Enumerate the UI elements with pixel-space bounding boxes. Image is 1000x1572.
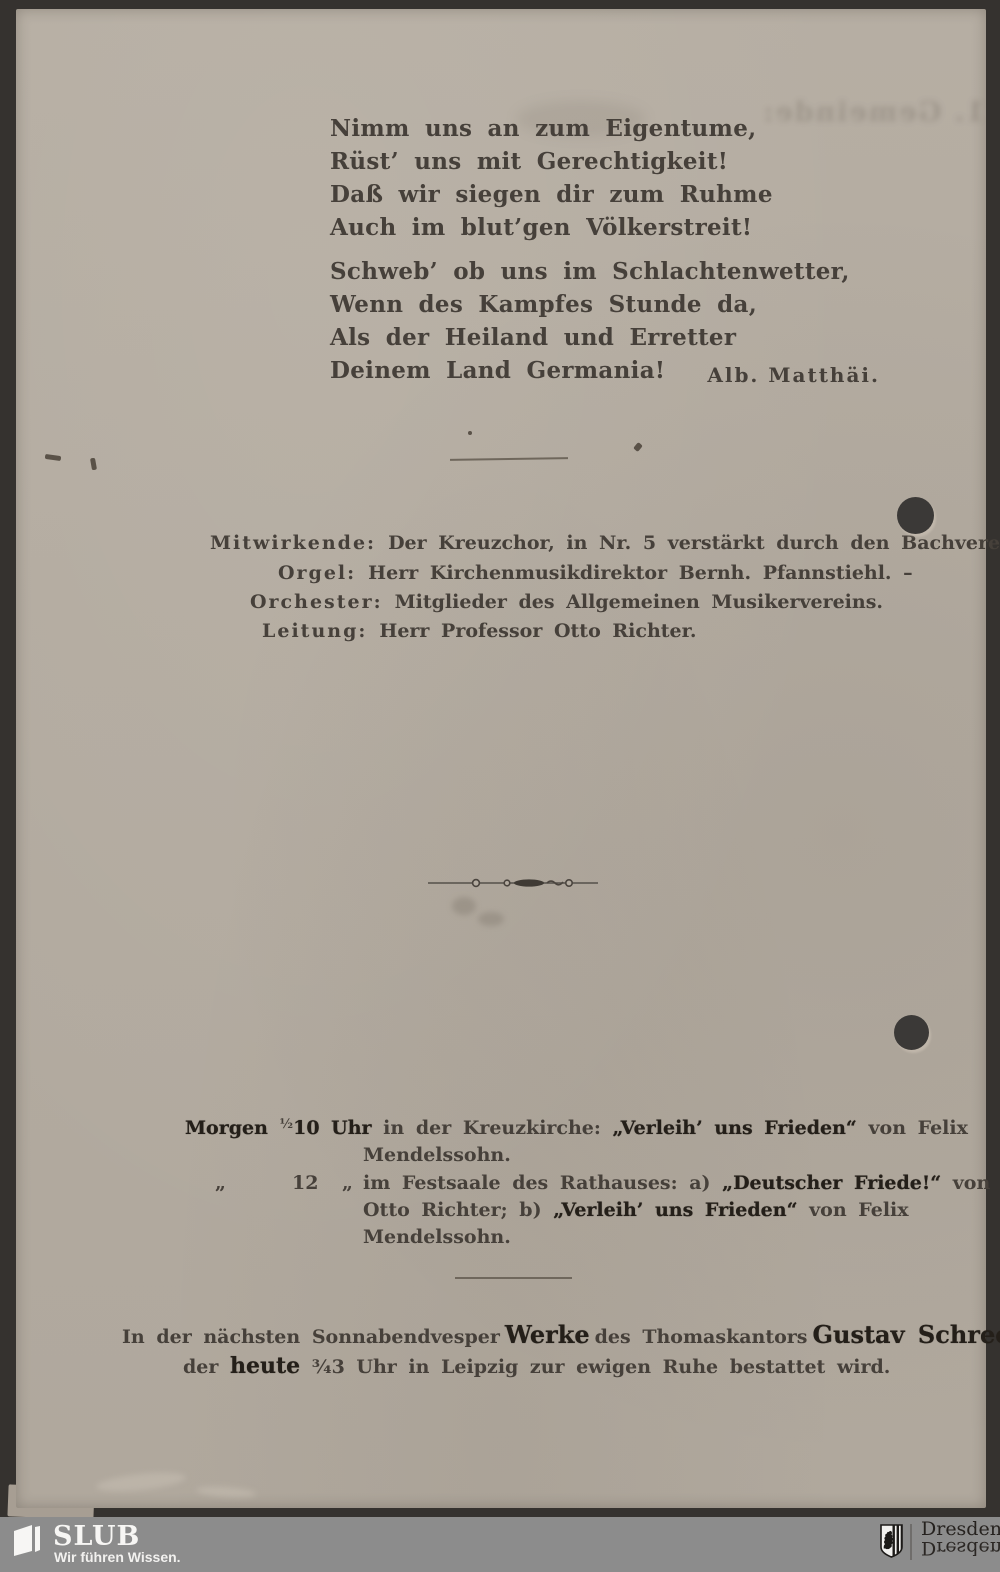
poem-line: Wenn des Kampfes Stunde da, xyxy=(330,288,850,321)
ditto-mark: „ xyxy=(215,1172,226,1194)
composer: von Felix xyxy=(809,1199,908,1221)
note-text: In der nächsten Sonnabendvesper xyxy=(122,1326,500,1348)
performers-label: Orchester: xyxy=(250,591,383,613)
schedule-time: 10 Uhr xyxy=(293,1117,383,1139)
composer: Otto Richter; b) xyxy=(363,1199,553,1221)
punch-hole xyxy=(894,1015,929,1050)
work-title: „Verleih’ uns Frieden“ xyxy=(613,1117,869,1139)
slub-logo-text: SLUB xyxy=(53,1521,140,1552)
composer: von xyxy=(953,1172,991,1194)
open-book-icon xyxy=(13,1524,41,1556)
footer-note-line-1: In der nächsten SonnabendvesperWerkedes … xyxy=(122,1320,1000,1349)
scanned-page: 1. Gemeinde: Nimm uns an zum Eigentume, … xyxy=(16,9,986,1508)
divider-rule xyxy=(450,457,568,461)
note-text: des Thomaskantors xyxy=(595,1326,808,1348)
work-title: „Verleih’ uns Frieden“ xyxy=(553,1199,809,1221)
performers-label: Orgel: xyxy=(278,562,356,584)
logo-divider xyxy=(910,1524,912,1560)
paper-scuff xyxy=(95,1469,186,1494)
paper-mark xyxy=(45,454,62,461)
schedule-place: in der Kreuzkirche: xyxy=(383,1117,612,1139)
performers-line: Orgel:Herr Kirchenmusikdirektor Bernh. P… xyxy=(278,562,913,584)
work-title: „Deutscher Friede!“ xyxy=(722,1172,953,1194)
performers-text: Herr Kirchenmusikdirektor Bernh. Pfannst… xyxy=(368,562,913,584)
schedule-line-1: Morgen ½10 Uhr in der Kreuzkirche: „Verl… xyxy=(185,1117,968,1139)
poem-stanza-1: Nimm uns an zum Eigentume, Rüst’ uns mit… xyxy=(330,112,773,244)
performers-line: Mitwirkende:Der Kreuzchor, in Nr. 5 vers… xyxy=(210,532,1000,554)
performers-label: Leitung: xyxy=(262,620,367,642)
poem-attribution: Alb. Matthäi. xyxy=(700,363,880,387)
divider-rule xyxy=(455,1277,572,1279)
poem-line: Auch im blut’gen Völkerstreit! xyxy=(330,211,773,244)
schedule-day: Morgen xyxy=(185,1117,280,1139)
footer-note-line-2: der heute ¾3 Uhr in Leipzig zur ewigen R… xyxy=(183,1353,890,1379)
viewer-screen: 1. Gemeinde: Nimm uns an zum Eigentume, … xyxy=(0,0,1000,1572)
poem-line: Nimm uns an zum Eigentume, xyxy=(330,112,773,145)
ditto-mark: „ xyxy=(342,1172,353,1194)
schedule-hour: 12 xyxy=(292,1172,318,1194)
paper-speck xyxy=(633,442,643,452)
time-fraction: ½ xyxy=(280,1117,294,1132)
paper-speck xyxy=(468,431,472,435)
poem-line: Als der Heiland und Erretter xyxy=(330,321,850,354)
schedule-line-5: Mendelssohn. xyxy=(363,1226,511,1248)
performers-line: Leitung:Herr Professor Otto Richter. xyxy=(262,620,697,642)
schedule-line-4: Otto Richter; b) „Verleih’ uns Frieden“ … xyxy=(363,1199,909,1221)
paper-scuff xyxy=(196,1485,257,1499)
ornament-divider xyxy=(428,875,598,891)
note-emphasis: Gustav Schreck, xyxy=(813,1320,1000,1349)
performers-text: Herr Professor Otto Richter. xyxy=(379,620,696,642)
paper-smudge xyxy=(478,912,504,926)
composer: von Felix xyxy=(868,1117,967,1139)
schedule-line-3: im Festsaale des Rathauses: a) „Deutsche… xyxy=(363,1172,990,1194)
paper-mark xyxy=(90,458,97,471)
poem-line: Schweb’ ob uns im Schlachtenwetter, xyxy=(330,255,850,288)
performers-text: Mitglieder des Allgemeinen Musikerverein… xyxy=(395,591,883,613)
poem-line: Daß wir siegen dir zum Ruhme xyxy=(330,178,773,211)
note-text: der xyxy=(183,1356,230,1378)
paper-smudge xyxy=(452,897,476,915)
note-text: ¾3 Uhr in Leipzig zur ewigen Ruhe bestat… xyxy=(300,1356,890,1378)
schedule-place: im Festsaale des Rathauses: a) xyxy=(363,1172,722,1194)
poem-line: Rüst’ uns mit Gerechtigkeit! xyxy=(330,145,773,178)
performers-line: Orchester:Mitglieder des Allgemeinen Mus… xyxy=(250,591,883,613)
performers-text: Der Kreuzchor, in Nr. 5 verstärkt durch … xyxy=(388,532,1000,554)
slub-tagline: Wir führen Wissen. xyxy=(54,1549,181,1565)
note-emphasis: Werke xyxy=(505,1320,590,1349)
schedule-line-2: Mendelssohn. xyxy=(363,1144,511,1166)
performers-label: Mitwirkende: xyxy=(210,532,376,554)
dresden-coat-of-arms-icon xyxy=(880,1524,903,1558)
dresden-logo-text-mirrored: Dresden. xyxy=(921,1538,1000,1557)
punch-hole xyxy=(897,497,934,534)
note-emphasis: heute xyxy=(230,1353,300,1379)
